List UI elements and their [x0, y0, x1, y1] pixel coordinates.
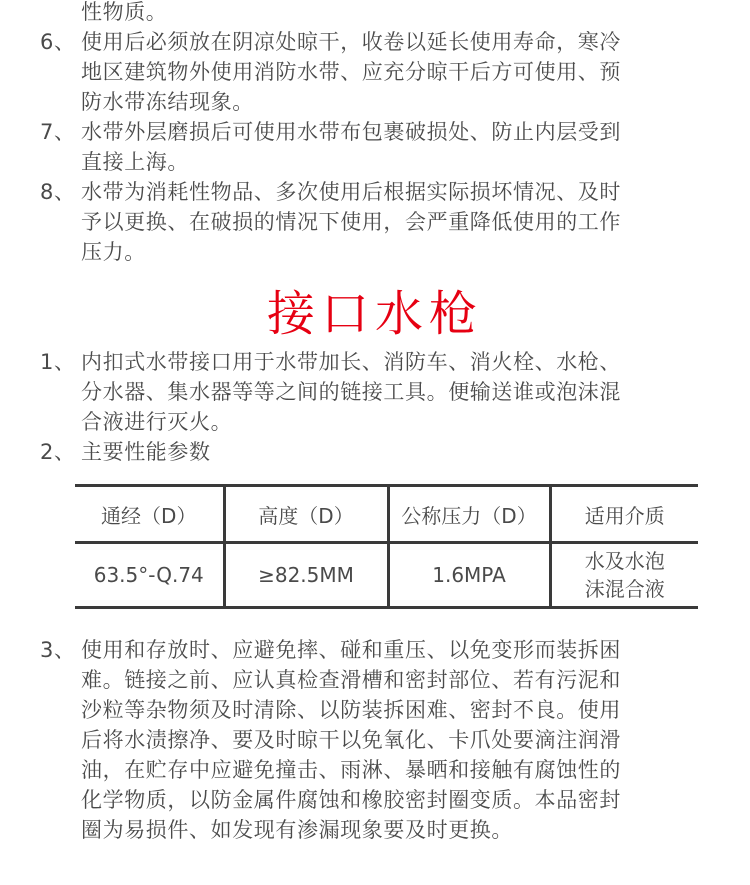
usage-note-6: 6、 使用后必须放在阴凉处晾干，收卷以延长使用寿命，寒冷 地区建筑物外使用消防水… [40, 27, 700, 117]
item-line: 沙粒等杂物须及时清除、以防装拆困难、密封不良。使用 [81, 695, 700, 725]
item-line: 圈为易损件、如发现有渗漏现象要及时更换。 [81, 815, 700, 845]
performance-parameters-table: 通经（D） 高度（D） 公称压力（D） 适用介质 63.5°-Q.74 ≥82.… [75, 484, 698, 609]
item-line: 合液进行灭火。 [81, 407, 700, 437]
cell-medium-line: 水及水泡 [552, 547, 699, 575]
item-5-tail: 性物质。 [81, 0, 167, 27]
cell-medium: 水及水泡 沫混合液 [550, 543, 698, 608]
header-diameter: 通经（D） [75, 486, 224, 543]
coupling-note-2: 2、 主要性能参数 [40, 437, 700, 467]
coupling-note-3: 3、 使用和存放时、应避免摔、碰和重压、以免变形而装拆困 难。链接之前、应认真检… [40, 635, 700, 845]
item-number: 2、 [40, 437, 81, 467]
item-line: 化学物质，以防金属件腐蚀和橡胶密封圈变质。本品密封 [81, 785, 700, 815]
item-line: 水带外层磨损后可使用水带布包裹破损处、防止内层受到 [81, 117, 700, 147]
item-line: 内扣式水带接口用于水带加长、消防车、消火栓、水枪、 [81, 347, 700, 377]
item-number: 8、 [40, 177, 81, 207]
cell-diameter: 63.5°-Q.74 [75, 543, 224, 608]
section-title: 接口水枪 [0, 284, 750, 344]
item-line: 使用和存放时、应避免摔、碰和重压、以免变形而装拆困 [81, 635, 700, 665]
table-row: 63.5°-Q.74 ≥82.5MM 1.6MPA 水及水泡 沫混合液 [75, 543, 698, 608]
header-height: 高度（D） [224, 486, 388, 543]
item-line: 防水带冻结现象。 [81, 87, 700, 117]
item-line: 地区建筑物外使用消防水带、应充分晾干后方可使用、预 [81, 57, 700, 87]
item-line: 难。链接之前、应认真检查滑槽和密封部位、若有污泥和 [81, 665, 700, 695]
header-nominal-pressure: 公称压力（D） [388, 486, 550, 543]
item-line: 压力。 [81, 237, 700, 267]
cell-height: ≥82.5MM [224, 543, 388, 608]
item-number: 6、 [40, 27, 81, 57]
item-number: 7、 [40, 117, 81, 147]
coupling-note-1: 1、 内扣式水带接口用于水带加长、消防车、消火栓、水枪、 分水器、集水器等等之间… [40, 347, 700, 437]
usage-note-7: 7、 水带外层磨损后可使用水带布包裹破损处、防止内层受到 直接上海。 [40, 117, 700, 177]
item-number: 1、 [40, 347, 81, 377]
product-description-page: 性物质。 6、 使用后必须放在阴凉处晾干，收卷以延长使用寿命，寒冷 地区建筑物外… [0, 0, 750, 885]
cell-medium-line: 沫混合液 [552, 575, 699, 603]
header-medium: 适用介质 [550, 486, 698, 543]
item-line: 使用后必须放在阴凉处晾干，收卷以延长使用寿命，寒冷 [81, 27, 700, 57]
table-header-row: 通经（D） 高度（D） 公称压力（D） 适用介质 [75, 486, 698, 543]
item-line: 主要性能参数 [81, 437, 700, 467]
item-line: 直接上海。 [81, 147, 700, 177]
item-number: 3、 [40, 635, 81, 665]
cell-pressure: 1.6MPA [388, 543, 550, 608]
item-line: 分水器、集水器等等之间的链接工具。便输送谁或泡沫混 [81, 377, 700, 407]
item-line: 水带为消耗性物品、多次使用后根据实际损坏情况、及时 [81, 177, 700, 207]
item-line: 油，在贮存中应避免撞击、雨淋、暴晒和接触有腐蚀性的 [81, 755, 700, 785]
item-line: 予以更换、在破损的情况下使用，会严重降低使用的工作 [81, 207, 700, 237]
item-line: 后将水渍擦净、要及时晾干以免氧化、卡爪处要滴注润滑 [81, 725, 700, 755]
usage-note-8: 8、 水带为消耗性物品、多次使用后根据实际损坏情况、及时 予以更换、在破损的情况… [40, 177, 700, 267]
